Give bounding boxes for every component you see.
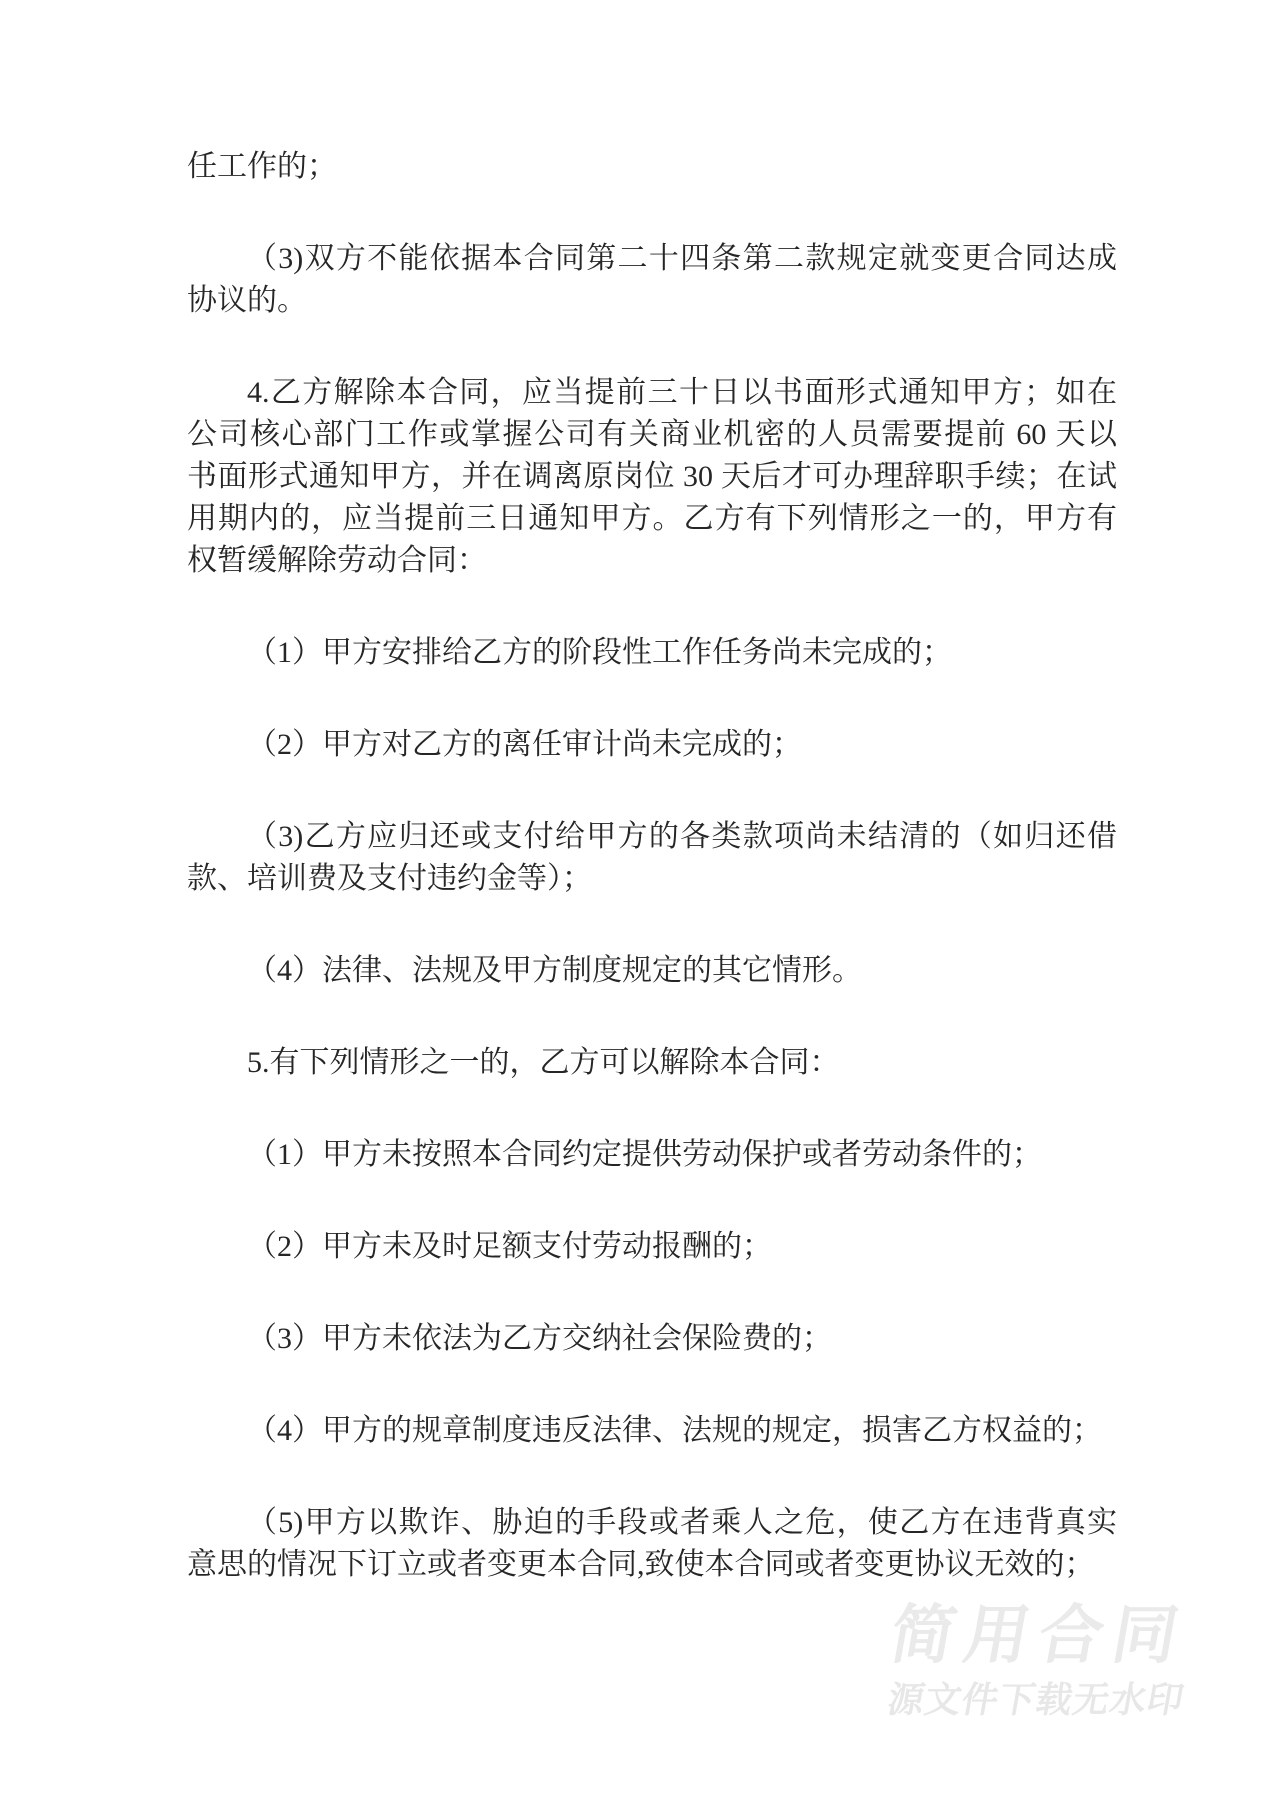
- paragraph-line: 5.有下列情形之一的，乙方可以解除本合同：: [187, 1042, 1117, 1084]
- paragraph-line: （2）甲方未及时足额支付劳动报酬的；: [187, 1226, 1117, 1268]
- contract-document-page: 任工作的；（3)双方不能依据本合同第二十四条第二款规定就变更合同达成协议的。4.…: [0, 0, 1280, 1810]
- paragraph-line: （5)甲方以欺诈、胁迫的手段或者乘人之危，使乙方在违背真实: [187, 1502, 1117, 1544]
- paragraph-line: （3)双方不能依据本合同第二十四条第二款规定就变更合同达成: [187, 238, 1117, 280]
- paragraph-line: 公司核心部门工作或掌握公司有关商业机密的人员需要提前 60 天以: [187, 414, 1117, 456]
- document-body: 任工作的；（3)双方不能依据本合同第二十四条第二款规定就变更合同达成协议的。4.…: [187, 146, 1117, 1636]
- paragraph-line: （3）甲方未依法为乙方交纳社会保险费的；: [187, 1318, 1117, 1360]
- paragraph-line: 款、培训费及支付违约金等）；: [187, 858, 1117, 900]
- paragraph-line: （2）甲方对乙方的离任审计尚未完成的；: [187, 724, 1117, 766]
- paragraph: 4.乙方解除本合同，应当提前三十日以书面形式通知甲方；如在公司核心部门工作或掌握…: [187, 372, 1117, 582]
- paragraph: （3)双方不能依据本合同第二十四条第二款规定就变更合同达成协议的。: [187, 238, 1117, 322]
- paragraph: （2）甲方未及时足额支付劳动报酬的；: [187, 1226, 1117, 1268]
- paragraph: （2）甲方对乙方的离任审计尚未完成的；: [187, 724, 1117, 766]
- paragraph-line: （4）甲方的规章制度违反法律、法规的规定，损害乙方权益的；: [187, 1410, 1117, 1452]
- paragraph: （4）法律、法规及甲方制度规定的其它情形。: [187, 950, 1117, 992]
- paragraph-line: 意思的情况下订立或者变更本合同,致使本合同或者变更协议无效的；: [187, 1544, 1117, 1586]
- watermark-subtitle: 源文件下载无水印: [884, 1672, 1189, 1723]
- paragraph-line: 书面形式通知甲方，并在调离原岗位 30 天后才可办理辞职手续；在试: [187, 456, 1117, 498]
- paragraph: （4）甲方的规章制度违反法律、法规的规定，损害乙方权益的；: [187, 1410, 1117, 1452]
- paragraph: 5.有下列情形之一的，乙方可以解除本合同：: [187, 1042, 1117, 1084]
- paragraph-line: （3)乙方应归还或支付给甲方的各类款项尚未结清的（如归还借: [187, 816, 1117, 858]
- paragraph-line: 权暂缓解除劳动合同：: [187, 540, 1117, 582]
- paragraph: （3)乙方应归还或支付给甲方的各类款项尚未结清的（如归还借款、培训费及支付违约金…: [187, 816, 1117, 900]
- paragraph: 任工作的；: [187, 146, 1117, 188]
- paragraph: （1）甲方未按照本合同约定提供劳动保护或者劳动条件的；: [187, 1134, 1117, 1176]
- paragraph: （1）甲方安排给乙方的阶段性工作任务尚未完成的；: [187, 632, 1117, 674]
- paragraph-line: 任工作的；: [187, 146, 1117, 188]
- paragraph-line: （1）甲方未按照本合同约定提供劳动保护或者劳动条件的；: [187, 1134, 1117, 1176]
- paragraph-line: 协议的。: [187, 280, 1117, 322]
- paragraph-line: 4.乙方解除本合同，应当提前三十日以书面形式通知甲方；如在: [187, 372, 1117, 414]
- paragraph-line: （1）甲方安排给乙方的阶段性工作任务尚未完成的；: [187, 632, 1117, 674]
- paragraph-line: （4）法律、法规及甲方制度规定的其它情形。: [187, 950, 1117, 992]
- paragraph: （5)甲方以欺诈、胁迫的手段或者乘人之危，使乙方在违背真实意思的情况下订立或者变…: [187, 1502, 1117, 1586]
- paragraph: （3）甲方未依法为乙方交纳社会保险费的；: [187, 1318, 1117, 1360]
- paragraph-line: 用期内的，应当提前三日通知甲方。乙方有下列情形之一的，甲方有: [187, 498, 1117, 540]
